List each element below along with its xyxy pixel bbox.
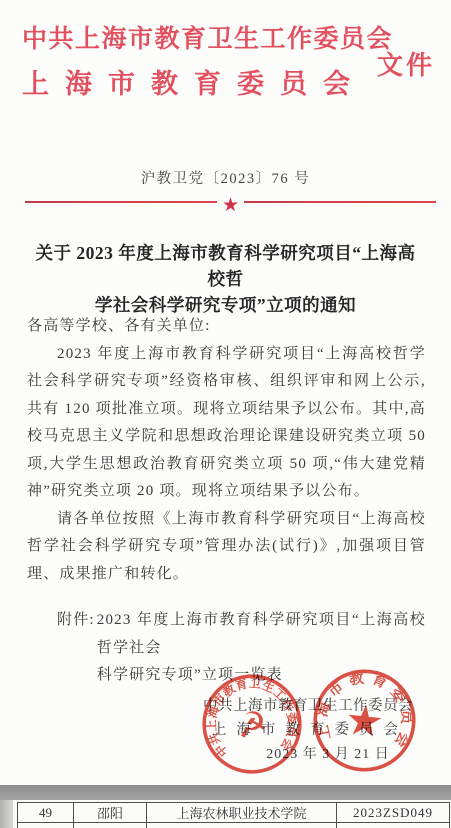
results-table: 49 邵阳 上海农林职业技术学院 2023ZSD049: [17, 802, 450, 828]
table-row: 49 邵阳 上海农林职业技术学院 2023ZSD049: [18, 803, 450, 823]
letterhead-org-line2: 上海市教育委员会: [22, 62, 370, 101]
scanned-document-page: 中共上海市教育卫生工作委员会 上海市教育委员会 文件 沪教卫党〔2023〕76 …: [0, 0, 451, 828]
cell-institution: 上海农林职业技术学院: [147, 803, 337, 823]
document-number: 沪教卫党〔2023〕76 号: [0, 167, 451, 188]
cell-person-name: 邵阳: [74, 803, 147, 823]
document-title-line1: 关于 2023 年度上海市教育科学研究项目“上海高校哲: [36, 243, 416, 289]
document-body: 各高等学校、各有关单位: 2023 年度上海市教育科学研究项目“上海高校哲学社会…: [27, 313, 426, 690]
letterhead-doc-type: 文件: [377, 45, 435, 82]
red-divider: ★: [25, 194, 436, 210]
attachment-line1: 2023 年度上海市教育科学研究项目“上海高校哲学社会: [97, 607, 426, 662]
letterhead-org-line1: 中共上海市教育卫生工作委员会: [22, 19, 370, 55]
star-icon: ★: [222, 196, 239, 215]
official-seal-left: 中共上海市教育卫生工作委员会 ☭: [193, 665, 310, 782]
paragraph-2: 请各单位按照《上海市教育科学研究项目“上海高校哲学社会科学研究专项”管理办法(试…: [27, 506, 426, 589]
page-separator: [0, 785, 451, 800]
scan-edge-shadow: [0, 800, 13, 828]
letterhead: 中共上海市教育卫生工作委员会 上海市教育委员会: [22, 19, 370, 101]
red-divider-right-segment: [244, 201, 436, 203]
red-divider-left-segment: [25, 201, 217, 203]
attachment-label: 附件:: [57, 607, 95, 690]
official-seal-right: 上海市教育委员会 ★: [306, 662, 424, 780]
cell-sequence-number: 49: [18, 803, 74, 823]
document-title: 关于 2023 年度上海市教育科学研究项目“上海高校哲 学社会科学研究专项”立项…: [28, 240, 423, 318]
cell-project-number: 2023ZSD049: [337, 803, 450, 823]
document-title-line2: 学社会科学研究专项”立项的通知: [95, 295, 356, 315]
star-icon: ★: [343, 695, 386, 749]
paragraph-1: 2023 年度上海市教育科学研究项目“上海高校哲学社会科学研究专项”经资格审核、…: [27, 341, 426, 506]
next-page-preview: 49 邵阳 上海农林职业技术学院 2023ZSD049: [0, 800, 451, 828]
hammer-sickle-icon: ☭: [234, 704, 270, 748]
table-row-clipped: [18, 823, 450, 828]
salutation: 各高等学校、各有关单位:: [27, 313, 426, 341]
